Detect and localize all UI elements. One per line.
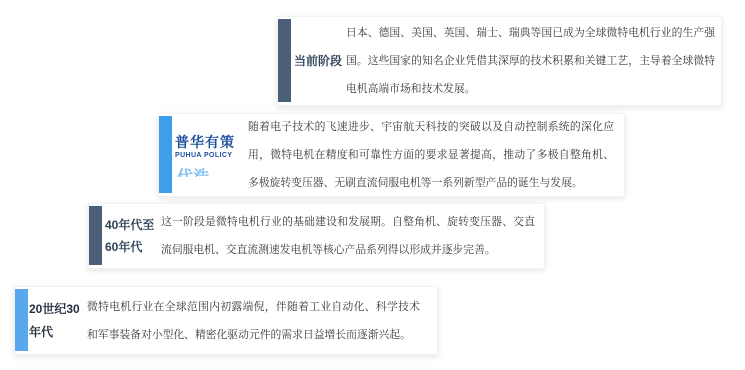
logo-english-text: PUHUA POLICY	[175, 151, 248, 160]
stage-card-1930s: 20世纪30年代 微特电机行业在全球范围内初露端倪，伴随着工业自动化、科学技术和…	[14, 286, 438, 355]
logo-chinese-text: 普华有策	[175, 133, 248, 151]
logo-watermark: 代浩	[177, 164, 209, 177]
stage-accent-bar	[159, 116, 172, 193]
stage-description: 随着电子技术的飞速进步、宇宙航天科技的突破以及自动控制系统的深化应用，微特电机在…	[248, 113, 614, 197]
stage-card-modern: 普华有策 PUHUA POLICY 代浩 随着电子技术的飞速进步、宇宙航天科技的…	[158, 113, 625, 197]
stage-description: 微特电机行业在全球范围内初露端倪，伴随着工业自动化、科学技术和军事装备对小型化、…	[87, 293, 420, 349]
stage-accent-bar	[15, 289, 28, 351]
stage-description: 日本、德国、美国、英国、瑞士、瑞典等国已成为全球微特电机行业的生产强国。这些国家…	[346, 19, 715, 103]
stage-label: 40年代至60年代	[105, 214, 161, 258]
stage-accent-bar	[278, 19, 291, 102]
puhua-policy-logo: 普华有策 PUHUA POLICY 代浩	[175, 133, 248, 177]
stage-label: 20世纪30年代	[29, 298, 87, 342]
stage-label: 当前阶段	[294, 50, 346, 72]
stage-accent-bar	[89, 206, 102, 265]
stage-description: 这一阶段是微特电机行业的基础建设和发展期。自整角机、旋转变压器、交直流伺服电机、…	[161, 208, 535, 264]
stage-card-40s-60s: 40年代至60年代 这一阶段是微特电机行业的基础建设和发展期。自整角机、旋转变压…	[88, 203, 545, 269]
stage-card-current: 当前阶段 日本、德国、美国、英国、瑞士、瑞典等国已成为全球微特电机行业的生产强国…	[277, 16, 722, 106]
